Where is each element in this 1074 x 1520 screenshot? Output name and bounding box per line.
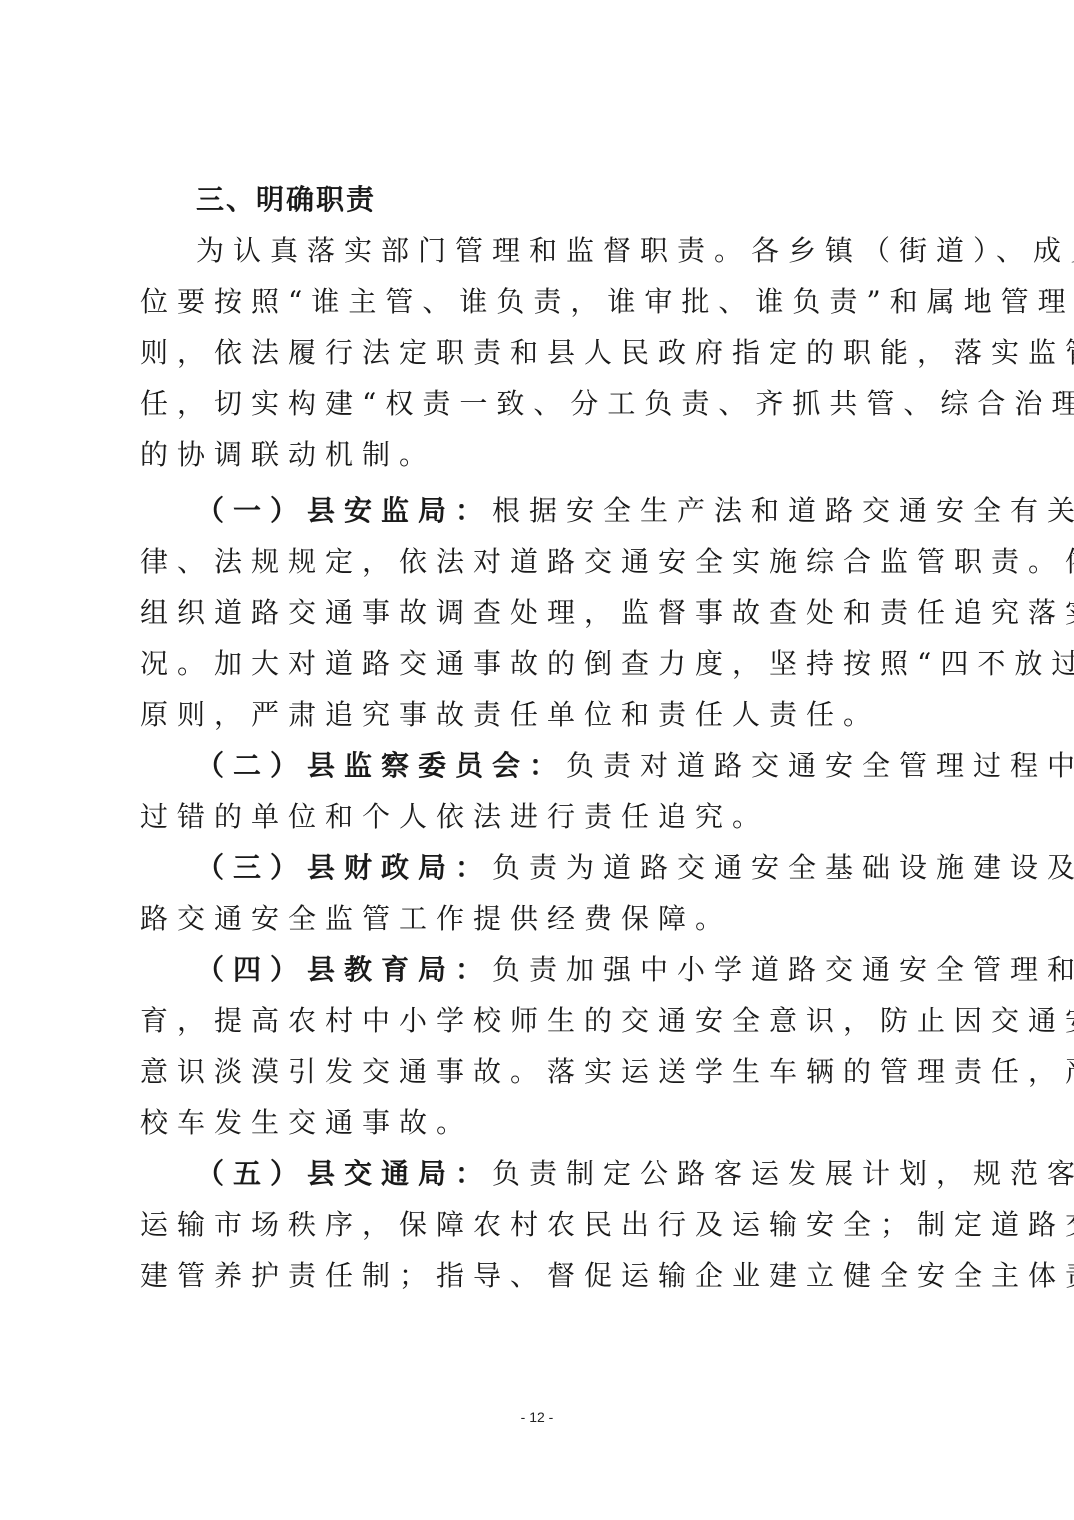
item-1-first-line: （一）县安监局：根据安全生产法和道路交通安全有关法 <box>196 491 986 531</box>
item-4-text: 负责加强中小学道路交通安全管理和教 <box>492 953 1074 986</box>
item-5-line: 运输市场秩序，保障农村农民出行及运输安全；制定道路交通 <box>140 1205 930 1245</box>
item-5-line: 建管养护责任制；指导、督促运输企业建立健全安全主体责任 <box>140 1256 930 1296</box>
item-4-label: （四）县教育局： <box>196 953 492 986</box>
intro-line: 的协调联动机制。 <box>140 435 930 475</box>
item-4-line: 校车发生交通事故。 <box>140 1103 930 1143</box>
item-2-first-line: （二）县监察委员会：负责对道路交通安全管理过程中有 <box>196 746 986 786</box>
item-5-label: （五）县交通局： <box>196 1157 492 1190</box>
intro-line: 为认真落实部门管理和监督职责。各乡镇（街道）、成员单 <box>196 231 986 271</box>
item-5-first-line: （五）县交通局：负责制定公路客运发展计划，规范客货 <box>196 1154 986 1194</box>
item-4-line: 意识淡漠引发交通事故。落实运送学生车辆的管理责任，严防 <box>140 1052 930 1092</box>
item-2-line: 过错的单位和个人依法进行责任追究。 <box>140 797 930 837</box>
item-4-first-line: （四）县教育局：负责加强中小学道路交通安全管理和教 <box>196 950 986 990</box>
item-4-line: 育，提高农村中小学校师生的交通安全意识，防止因交通安全 <box>140 1001 930 1041</box>
document-page: 三、明确职责 为认真落实部门管理和监督职责。各乡镇（街道）、成员单 位要按照“谁… <box>0 0 1074 1520</box>
item-1-line: 况。加大对道路交通事故的倒查力度，坚持按照“四不放过” <box>140 644 930 684</box>
intro-line: 位要按照“谁主管、谁负责，谁审批、谁负责”和属地管理原 <box>140 282 930 322</box>
item-1-line: 原则，严肃追究事故责任单位和责任人责任。 <box>140 695 930 735</box>
intro-line: 则，依法履行法定职责和县人民政府指定的职能，落实监管责 <box>140 333 930 373</box>
section-heading: 三、明确职责 <box>196 180 986 220</box>
item-5-text: 负责制定公路客运发展计划，规范客货 <box>492 1157 1074 1190</box>
item-2-text: 负责对道路交通安全管理过程中有 <box>566 749 1074 782</box>
item-1-label: （一）县安监局： <box>196 494 492 527</box>
item-1-text: 根据安全生产法和道路交通安全有关法 <box>492 494 1074 527</box>
item-1-line: 组织道路交通事故调查处理，监督事故查处和责任追究落实情 <box>140 593 930 633</box>
item-3-line: 路交通安全监管工作提供经费保障。 <box>140 899 930 939</box>
item-3-label: （三）县财政局： <box>196 851 492 884</box>
item-3-first-line: （三）县财政局：负责为道路交通安全基础设施建设及道 <box>196 848 986 888</box>
intro-line: 任，切实构建“权责一致、分工负责、齐抓共管、综合治理” <box>140 384 930 424</box>
item-1-line: 律、法规规定，依法对道路交通安全实施综合监管职责。依法 <box>140 542 930 582</box>
item-3-text: 负责为道路交通安全基础设施建设及道 <box>492 851 1074 884</box>
item-2-label: （二）县监察委员会： <box>196 749 566 782</box>
page-number: - 12 - <box>0 1409 1074 1425</box>
